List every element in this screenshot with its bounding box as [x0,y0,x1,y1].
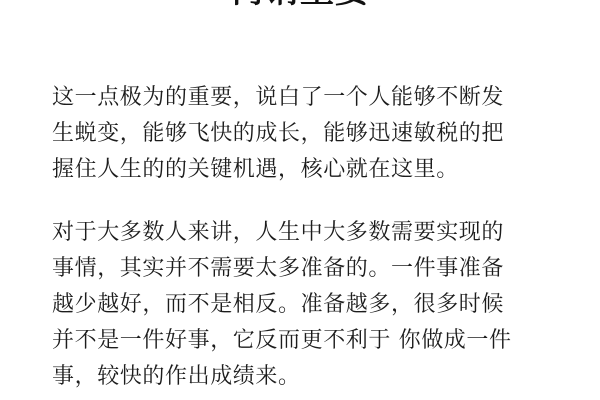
paragraph-line: 对于大多数人来讲，人生中大多数需要实现的 [52,215,552,251]
article-title: 何谓重要 [0,0,600,8]
title-clip-region: 何谓重要 [0,0,600,8]
paragraph-line: 并不是一件好事，它反而更不利于 你做成一件 [52,323,552,359]
paragraph-line: 这一点极为的重要，说白了一个人能够不断发 [52,80,552,116]
paragraph-line: 握住人生的的关键机遇，核心就在这里。 [52,152,552,188]
paragraph-1: 这一点极为的重要，说白了一个人能够不断发 生蜕变，能够飞快的成长，能够迅速敏税的… [52,80,552,188]
paragraph-2: 对于大多数人来讲，人生中大多数需要实现的 事情，其实并不需要太多准备的。一件事准… [52,215,552,395]
paragraph-line: 事情，其实并不需要太多准备的。一件事准备 [52,251,552,287]
paragraph-line: 生蜕变，能够飞快的成长，能够迅速敏税的把 [52,116,552,152]
paragraph-line: 越少越好，而不是相反。准备越多，很多时候 [52,287,552,323]
paragraph-line: 事，较快的作出成绩来。 [52,359,552,395]
